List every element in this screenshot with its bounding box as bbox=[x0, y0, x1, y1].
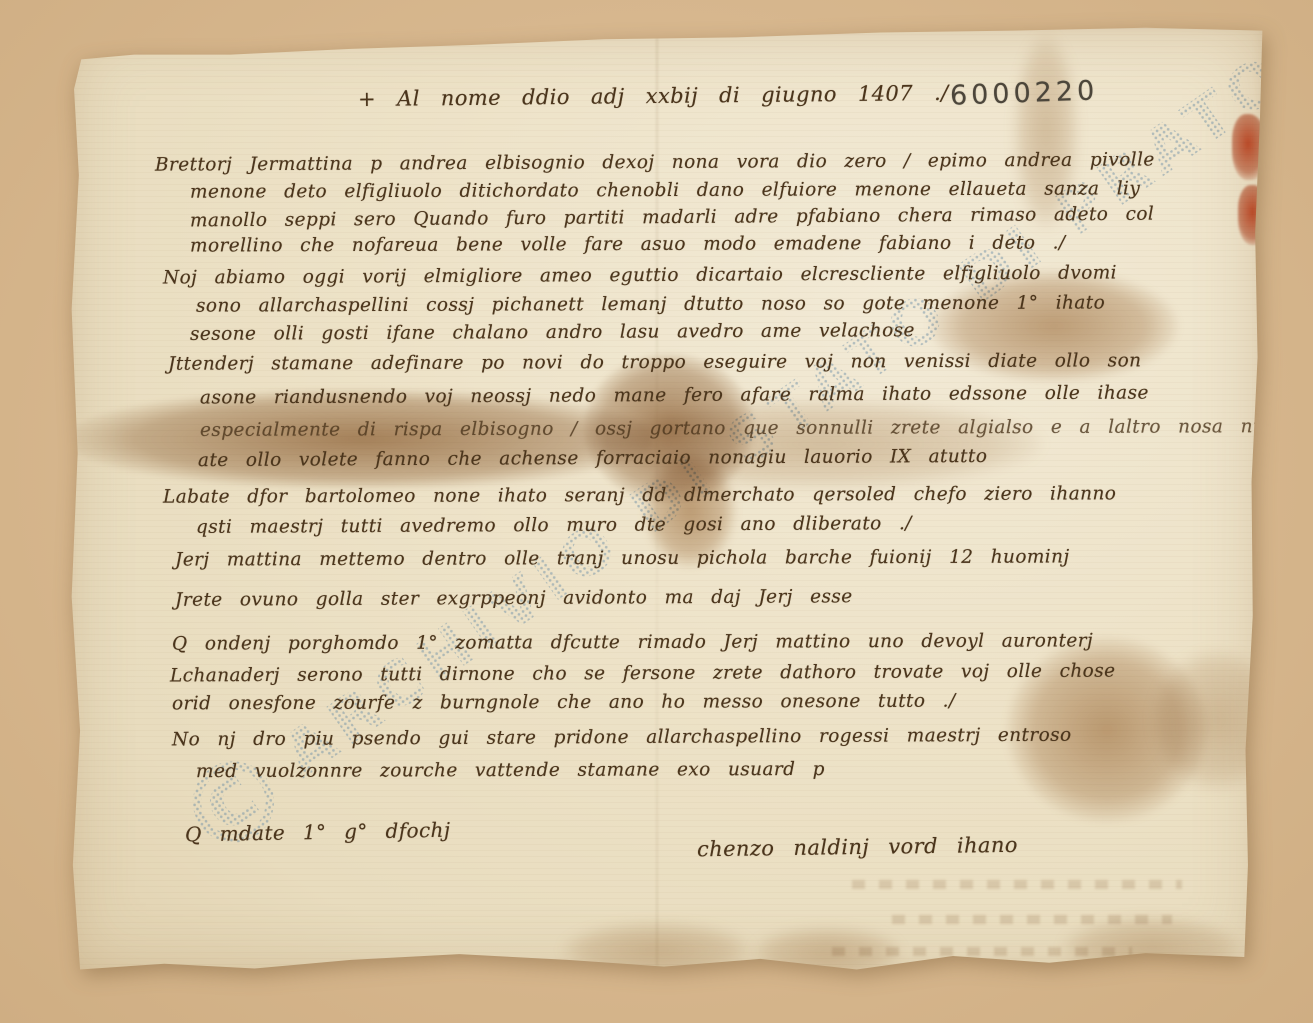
handwriting-line: qsti maestrj tutti avedremo ollo muro dt… bbox=[196, 513, 912, 538]
handwriting-line: morellino che nofareua bene volle fare a… bbox=[190, 232, 1066, 256]
handwriting-line: Jerj mattina mettemo dentro olle tranj u… bbox=[175, 546, 1070, 570]
wax-seal-residue-lower bbox=[1238, 185, 1270, 245]
handwriting-line: orid onesfone zourfe z burngnole che ano… bbox=[172, 691, 956, 715]
handwriting-line: especialmente di rispa elbisogno / ossj … bbox=[200, 416, 1289, 441]
handwriting-line: sesone olli gosti ifane chalano andro la… bbox=[190, 320, 915, 345]
manuscript-scan: ©ARCHIVIO DI STATO DI PRATO 6000220 + Al… bbox=[0, 0, 1313, 1023]
wax-seal-residue-upper bbox=[1232, 114, 1268, 180]
bleedthrough-line bbox=[832, 947, 1132, 956]
handwriting-line: No nj dro piu psendo gui stare pridone a… bbox=[172, 725, 1072, 751]
ink-stain-top-right-streak bbox=[1014, 34, 1078, 229]
dateline: + Al nome ddio adj xxbij di giugno 1407 … bbox=[358, 81, 949, 111]
handwriting-line: Jttenderj stamane adefinare po novi do t… bbox=[168, 350, 1141, 374]
handwriting-line: Q ondenj porghomdo 1° zomatta dfcutte ri… bbox=[172, 630, 1093, 654]
handwriting-line: sono allarchaspellini cossj pichanett le… bbox=[196, 292, 1105, 316]
handwriting-line: Brettorj Jermattina p andrea elbisognio … bbox=[155, 149, 1155, 175]
signature-line: chenzo naldinj vord ihano bbox=[697, 833, 1018, 861]
handwriting-line: Lchanaderj serono tutti dirnone cho se f… bbox=[170, 661, 1116, 687]
handwriting-line: asone riandusnendo voj neossj nedo mane … bbox=[200, 383, 1149, 409]
handwriting-line: Labate dfor bartolomeo none ihato seranj… bbox=[163, 483, 1116, 507]
ink-stain-right-edge bbox=[1152, 650, 1282, 790]
handwriting-line: ate ollo volete fanno che achense forrac… bbox=[198, 446, 987, 471]
manuscript-paper: ©ARCHIVIO DI STATO DI PRATO 6000220 + Al… bbox=[62, 22, 1266, 980]
handwriting-line: Jrete ovuno golla ster exgrppeonj avidon… bbox=[175, 586, 853, 611]
handwriting-line: med vuolzonnre zourche vattende stamane … bbox=[196, 759, 825, 782]
handwriting-line: menone deto elfigliuolo ditichordato che… bbox=[190, 178, 1140, 202]
bleedthrough-line bbox=[892, 915, 1172, 924]
archive-number: 6000220 bbox=[950, 75, 1099, 111]
bleedthrough-line bbox=[852, 880, 1182, 889]
closing-line: Q mdate 1° g° dfochj bbox=[185, 818, 451, 847]
